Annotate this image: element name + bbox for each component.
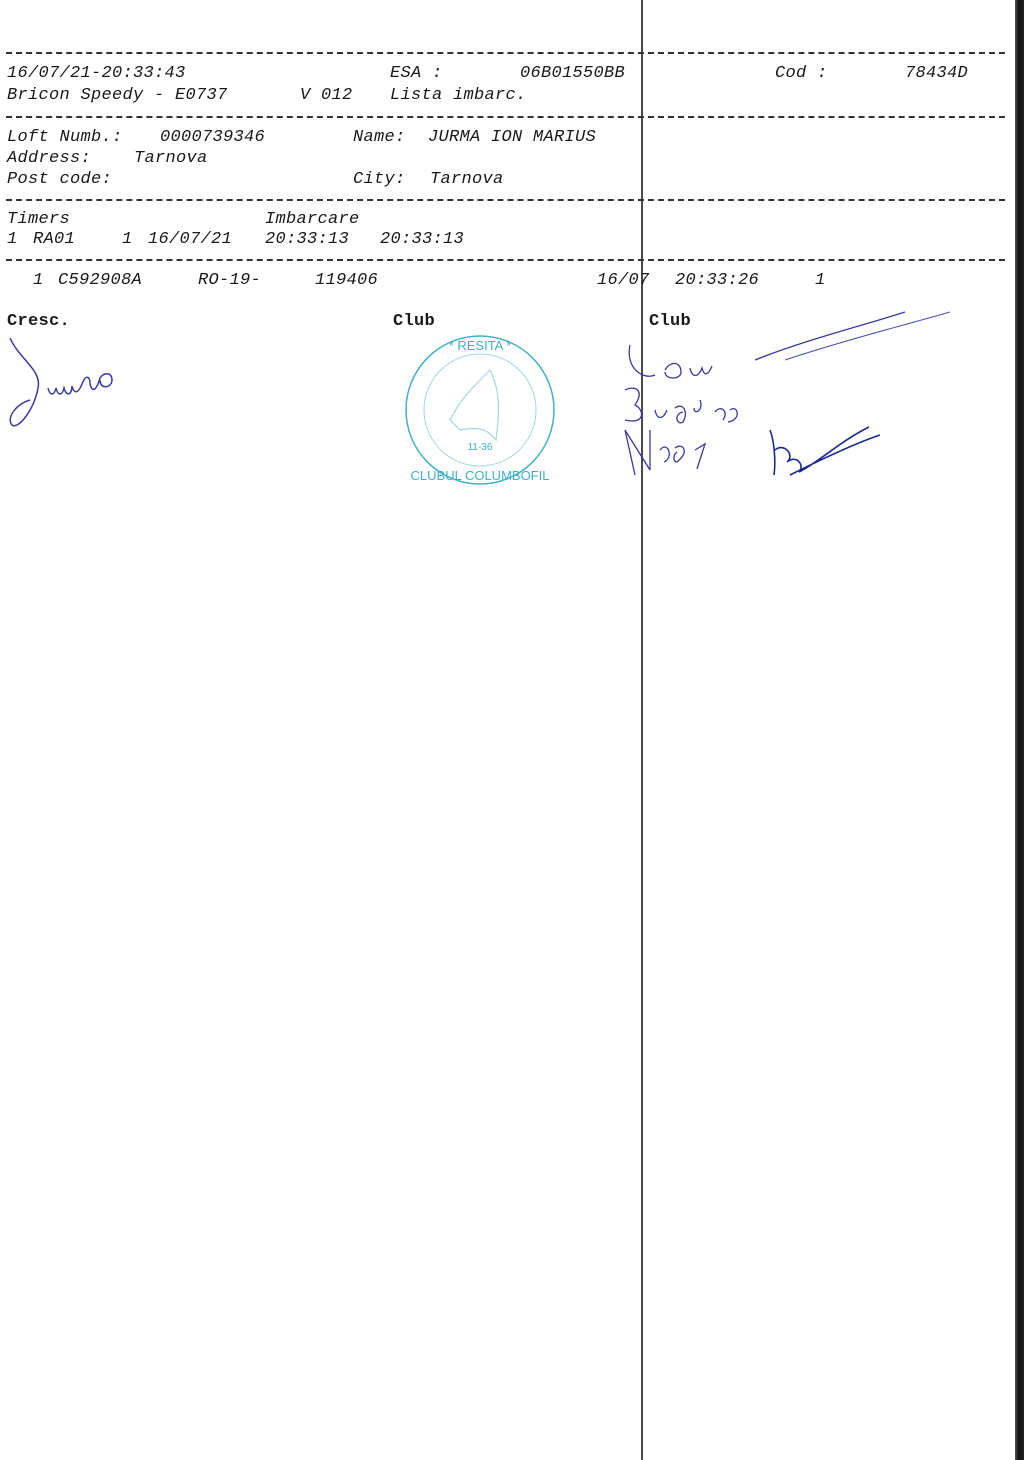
cod-label: Cod :: [775, 64, 828, 84]
imbarcare-label: Imbarcare: [265, 210, 360, 230]
esa-label: ESA :: [390, 64, 443, 84]
divider: [6, 52, 1005, 54]
bird-ring-prefix: RO-19-: [198, 271, 261, 291]
timers-title: Timers: [7, 210, 70, 230]
bird-ring-number: 119406: [315, 271, 378, 291]
list-title: Lista imbarc.: [390, 86, 527, 106]
bird-index: 1: [33, 271, 44, 291]
city-label: City:: [353, 170, 406, 190]
city-value: Tarnova: [430, 170, 504, 190]
svg-text:CLUBUL COLUMBOFIL: CLUBUL COLUMBOFIL: [411, 468, 550, 483]
loft-value: 0000739346: [160, 128, 265, 148]
fold-line: [641, 0, 643, 1460]
scan-edge: [1015, 0, 1024, 1460]
timer-index: 1: [7, 230, 18, 250]
timer-count: 1: [122, 230, 133, 250]
breeder-label: Cresc.: [7, 312, 70, 332]
svg-text:11-36: 11-36: [468, 442, 493, 453]
name-label: Name:: [353, 128, 406, 148]
bird-count: 1: [815, 271, 826, 291]
esa-value: 06B01550BB: [520, 64, 625, 84]
club-signatures: [605, 300, 965, 490]
postcode-label: Post code:: [7, 170, 112, 190]
breeder-signature: [0, 330, 200, 440]
device-version: V 012: [300, 86, 353, 106]
bird-date: 16/07: [597, 271, 650, 291]
address-label: Address:: [7, 149, 91, 169]
bird-time: 20:33:26: [675, 271, 759, 291]
device-name: Bricon Speedy - E0737: [7, 86, 228, 106]
timer-id: RA01: [33, 230, 75, 250]
club-label-1: Club: [393, 312, 435, 332]
address-value: Tarnova: [134, 149, 208, 169]
bird-chip: C592908A: [58, 271, 142, 291]
svg-text:* RESITA *: * RESITA *: [449, 338, 512, 353]
club-stamp: * RESITA * CLUBUL COLUMBOFIL 11-36: [400, 330, 560, 490]
header-datetime: 16/07/21-20:33:43: [7, 64, 186, 84]
timer-date: 16/07/21: [148, 230, 232, 250]
divider: [6, 116, 1005, 118]
timer-time-start: 20:33:13: [265, 230, 349, 250]
divider: [6, 199, 1005, 201]
name-value: JURMA ION MARIUS: [428, 128, 596, 148]
timer-time-end: 20:33:13: [380, 230, 464, 250]
divider: [6, 259, 1005, 261]
cod-value: 78434D: [905, 64, 968, 84]
loft-label: Loft Numb.:: [7, 128, 123, 148]
